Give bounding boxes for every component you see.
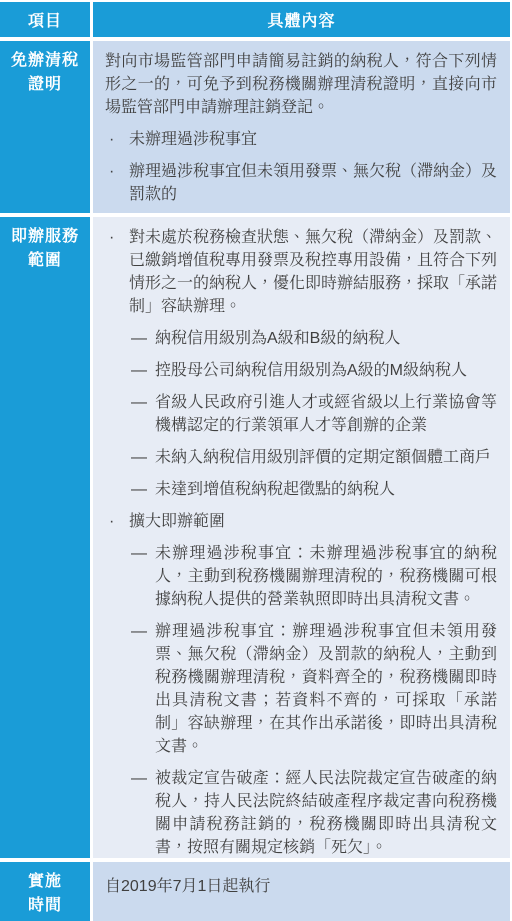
paragraph: 自2019年7月1日起執行: [105, 875, 497, 898]
sub-list-item: — 被裁定宣告破產：經人民法院裁定宣告破產的納稅人，持人民法院終結破產程序裁定書…: [131, 767, 497, 858]
sub-list-item: — 未納入納稅信用級別評價的定期定額個體工商戶: [131, 446, 497, 469]
sub-list-item: — 未辦理過涉稅事宜：未辦理過涉稅事宜的納稅人，主動到稅務機關辦理清稅的，稅務機…: [131, 542, 497, 611]
dash-icon: —: [131, 359, 155, 382]
sub-list-item: — 控股母公司納稅信用級別為A級的M級納稅人: [131, 359, 497, 382]
row-label-implementation-time: 實施 時間: [0, 862, 90, 921]
list-item-text: 對未處於稅務檢查狀態、無欠稅（滯納金）及罰款、已繳銷增值稅專用發票及稅控專用設備…: [129, 226, 497, 318]
row-label-immediate-service: 即辦服務 範圍: [0, 217, 90, 858]
row-content-exemption: 對向市場監管部門申請簡易註銷的納稅人，符合下列情形之一的，可免予到稅務機關辦理清…: [93, 41, 510, 213]
paragraph-text: 自2019年7月1日起執行: [105, 878, 270, 895]
list-item: · 未辦理過涉稅事宜: [105, 128, 497, 151]
sub-list-item-text: 未納入納稅信用級別評價的定期定額個體工商戶: [155, 446, 497, 469]
header-cell-item: 項目: [0, 2, 90, 37]
sub-list-item-text: 辦理過涉稅事宜：辦理過涉稅事宜但未領用發票、無欠稅（滯納金）及罰款的納稅人，主動…: [155, 620, 497, 758]
sub-list-item: — 納稅信用級別為A級和B級的納稅人: [131, 327, 497, 350]
sub-list-item-text: 控股母公司納稅信用級別為A級的M級納稅人: [155, 359, 497, 382]
sub-list-item: — 未達到增值稅納稅起徵點的納稅人: [131, 478, 497, 501]
sub-list-item-text: 納稅信用級別為A級和B級的納稅人: [155, 327, 497, 350]
list-item-text: 辦理過涉稅事宜但未領用發票、無欠稅（滯納金）及罰款的: [129, 160, 497, 206]
dash-icon: —: [131, 327, 155, 350]
row-content-implementation-time: 自2019年7月1日起執行: [93, 862, 510, 921]
sub-list-item-text: 省級人民政府引進人才或經省級以上行業協會等機構認定的行業領軍人才等創辦的企業: [155, 391, 497, 437]
sub-list-item-text: 被裁定宣告破產：經人民法院裁定宣告破產的納稅人，持人民法院終結破產程序裁定書向稅…: [155, 767, 497, 858]
list-item-text: 未辦理過涉稅事宜: [129, 128, 497, 151]
sub-list-item-text: 未達到增值稅納稅起徵點的納稅人: [155, 478, 497, 501]
paragraph: 對向市場監管部門申請簡易註銷的納稅人，符合下列情形之一的，可免予到稅務機關辦理清…: [105, 50, 497, 119]
dash-icon: —: [131, 446, 155, 469]
policy-table-page: 項目 具體內容 免辦清稅 證明 對向市場監管部門申請簡易註銷的納稅人，符合下列情…: [0, 0, 512, 921]
row-content-immediate-service: · 對未處於稅務檢查狀態、無欠稅（滯納金）及罰款、已繳銷增值稅專用發票及稅控專用…: [93, 217, 510, 858]
bullet-icon: ·: [105, 226, 129, 318]
dash-icon: —: [131, 478, 155, 501]
sub-list-item-text: 未辦理過涉稅事宜：未辦理過涉稅事宜的納稅人，主動到稅務機關辦理清稅的，稅務機關可…: [155, 542, 497, 611]
bullet-icon: ·: [105, 160, 129, 206]
sub-list-item: — 辦理過涉稅事宜：辦理過涉稅事宜但未領用發票、無欠稅（滯納金）及罰款的納稅人，…: [131, 620, 497, 758]
paragraph-text: 對向市場監管部門申請簡易註銷的納稅人，符合下列情形之一的，可免予到稅務機關辦理清…: [105, 53, 497, 116]
dash-icon: —: [131, 620, 155, 758]
header-cell-content: 具體內容: [93, 2, 510, 37]
dash-icon: —: [131, 542, 155, 611]
row-label-exemption: 免辦清稅 證明: [0, 41, 90, 213]
bullet-icon: ·: [105, 128, 129, 151]
dash-icon: —: [131, 391, 155, 437]
header-item-label: 項目: [28, 8, 62, 31]
list-item: · 辦理過涉稅事宜但未領用發票、無欠稅（滯納金）及罰款的: [105, 160, 497, 206]
header-content-label: 具體內容: [267, 8, 335, 31]
dash-icon: —: [131, 767, 155, 858]
bullet-icon: ·: [105, 510, 129, 533]
sub-list-item: — 省級人民政府引進人才或經省級以上行業協會等機構認定的行業領軍人才等創辦的企業: [131, 391, 497, 437]
policy-table: 項目 具體內容 免辦清稅 證明 對向市場監管部門申請簡易註銷的納稅人，符合下列情…: [0, 0, 512, 921]
list-item-text: 擴大即辦範圍: [129, 510, 497, 533]
list-item: · 對未處於稅務檢查狀態、無欠稅（滯納金）及罰款、已繳銷增值稅專用發票及稅控專用…: [105, 226, 497, 318]
list-item: · 擴大即辦範圍: [105, 510, 497, 533]
